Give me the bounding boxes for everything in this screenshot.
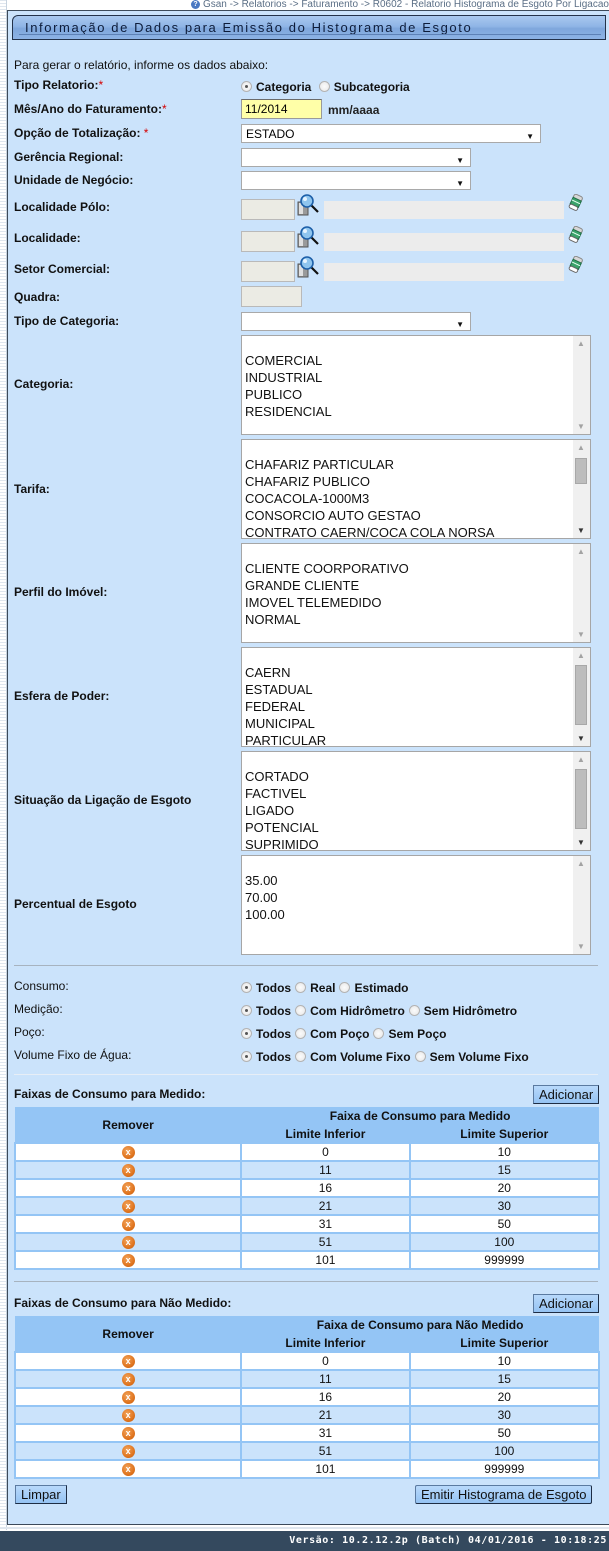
radio-button[interactable] <box>295 1028 306 1039</box>
localidade-label: Localidade: <box>14 231 81 245</box>
limite-superior-cell: 20 <box>410 1388 599 1406</box>
header-remover: Remover <box>15 1107 241 1143</box>
scrollbar[interactable]: ▲▼ <box>573 648 590 746</box>
help-icon[interactable]: ? <box>191 0 200 9</box>
header-limite-superior: Limite Superior <box>410 1334 599 1352</box>
chevron-down-icon: ▼ <box>456 153 464 169</box>
limite-inferior-cell: 0 <box>241 1352 409 1370</box>
localidade-polo-label: Localidade Pólo: <box>14 200 110 214</box>
listbox-option[interactable]: MUNICIPAL <box>245 715 326 732</box>
remove-cell: x <box>15 1179 241 1197</box>
magnifier-icon[interactable] <box>297 256 321 278</box>
limite-inferior-cell: 11 <box>241 1370 409 1388</box>
table-row: x1115 <box>15 1370 599 1388</box>
faixas-medido-table: RemoverFaixa de Consumo para MedidoLimit… <box>14 1107 600 1270</box>
table-row: x010 <box>15 1352 599 1370</box>
header-limite-inferior: Limite Inferior <box>241 1334 409 1352</box>
page-title: Informação de Dados para Emissão do Hist… <box>12 15 606 40</box>
limite-inferior-cell: 16 <box>241 1179 409 1197</box>
adicionar-medido-button[interactable]: Adicionar <box>533 1085 599 1104</box>
listbox-option[interactable]: COMERCIAL <box>245 352 332 369</box>
limpar-button[interactable]: Limpar <box>15 1485 67 1504</box>
limite-superior-cell: 50 <box>410 1215 599 1233</box>
limite-inferior-cell: 101 <box>241 1251 409 1269</box>
faixas-nao-medido-label: Faixas de Consumo para Não Medido: <box>14 1296 231 1310</box>
unidade-negocio-select[interactable]: ▼ <box>241 171 471 190</box>
radio-option[interactable]: Real <box>295 981 335 995</box>
listbox-option[interactable]: PUBLICO <box>245 386 332 403</box>
limite-superior-cell: 30 <box>410 1197 599 1215</box>
radio-option[interactable]: Todos <box>241 1027 291 1041</box>
limite-inferior-cell: 101 <box>241 1460 409 1478</box>
tarifa-label: Tarifa: <box>14 482 50 496</box>
listbox-option[interactable]: GRANDE CLIENTE <box>245 577 409 594</box>
table-row: x1115 <box>15 1161 599 1179</box>
limite-inferior-cell: 51 <box>241 1442 409 1460</box>
radio-option[interactable]: Todos <box>241 981 291 995</box>
footer-divider <box>0 1527 609 1529</box>
radio-option[interactable]: Com Hidrômetro <box>295 1004 405 1018</box>
scroll-down-icon[interactable]: ▼ <box>577 630 585 639</box>
listbox-option[interactable]: CAERN <box>245 664 326 681</box>
form-panel: Informação de Dados para Emissão do Hist… <box>7 10 609 1525</box>
mes-ano-hint: mm/aaaa <box>328 103 379 117</box>
chevron-down-icon: ▼ <box>456 317 464 333</box>
table-row: x101999999 <box>15 1251 599 1269</box>
limite-inferior-cell: 16 <box>241 1388 409 1406</box>
radio-option[interactable]: Sem Hidrômetro <box>409 1004 517 1018</box>
listbox-option[interactable]: POTENCIAL <box>245 819 319 836</box>
limite-superior-cell: 20 <box>410 1179 599 1197</box>
tipo-relatorio-radio-group: Categoria Subcategoria <box>241 80 414 94</box>
radio-button[interactable] <box>241 1051 252 1062</box>
remove-cell: x <box>15 1251 241 1269</box>
remove-cell: x <box>15 1406 241 1424</box>
volume-fixo-label: Volume Fixo de Água: <box>14 1048 131 1062</box>
x-circle-icon[interactable]: x <box>122 1164 135 1177</box>
opcao-totalizacao-select[interactable]: ESTADO▼ <box>241 124 541 143</box>
limite-superior-cell: 100 <box>410 1233 599 1251</box>
header-limite-superior: Limite Superior <box>410 1125 599 1143</box>
x-circle-icon[interactable]: x <box>122 1254 135 1267</box>
listbox-option[interactable]: CONSORCIO AUTO GESTAO <box>245 507 494 524</box>
x-circle-icon[interactable]: x <box>122 1391 135 1404</box>
listbox-option[interactable]: CHAFARIZ PARTICULAR <box>245 456 494 473</box>
tipo-relatorio-label: Tipo Relatorio:* <box>14 78 103 92</box>
header-limite-inferior: Limite Inferior <box>241 1125 409 1143</box>
radio-button[interactable] <box>241 1028 252 1039</box>
table-header-row: RemoverFaixa de Consumo para Não Medido <box>15 1316 599 1334</box>
radio-button[interactable] <box>241 1005 252 1016</box>
perfil-imovel-label: Perfil do Imóvel: <box>14 585 107 599</box>
esfera-poder-label: Esfera de Poder: <box>14 689 109 703</box>
scrollbar[interactable]: ▲▼ <box>573 544 590 642</box>
remove-cell: x <box>15 1161 241 1179</box>
listbox-option[interactable]: 35.00 <box>245 872 285 889</box>
listbox-option[interactable]: CLIENTE COORPORATIVO <box>245 560 409 577</box>
x-circle-icon[interactable]: x <box>122 1218 135 1231</box>
scroll-up-icon[interactable]: ▲ <box>577 651 585 660</box>
quadra-input[interactable] <box>241 286 302 307</box>
setor-comercial-label: Setor Comercial: <box>14 262 110 276</box>
x-circle-icon[interactable]: x <box>122 1427 135 1440</box>
breadcrumb-text: Gsan -> Relatorios -> Faturamento -> R06… <box>203 0 609 10</box>
listbox-option[interactable]: INDUSTRIAL <box>245 369 332 386</box>
localidade-description <box>324 233 564 251</box>
listbox-option[interactable]: SUPRIMIDO <box>245 836 319 851</box>
x-circle-icon[interactable]: x <box>122 1200 135 1213</box>
version-footer: Versão: 10.2.12.2p (Batch) 04/01/2016 - … <box>0 1531 609 1551</box>
remove-cell: x <box>15 1370 241 1388</box>
table-row: x51100 <box>15 1233 599 1251</box>
x-circle-icon[interactable]: x <box>122 1182 135 1195</box>
radio-option[interactable]: Sem Poço <box>373 1027 446 1041</box>
perfil-imovel-listbox[interactable]: CLIENTE COORPORATIVOGRANDE CLIENTEIMOVEL… <box>241 543 591 643</box>
scroll-up-icon[interactable]: ▲ <box>577 755 585 764</box>
x-circle-icon[interactable]: x <box>122 1463 135 1476</box>
limite-inferior-cell: 21 <box>241 1197 409 1215</box>
remove-cell: x <box>15 1352 241 1370</box>
limite-inferior-cell: 0 <box>241 1143 409 1161</box>
scrollbar[interactable]: ▲▼ <box>573 856 590 954</box>
radio-button[interactable] <box>339 982 350 993</box>
listbox-option[interactable]: FEDERAL <box>245 698 326 715</box>
limite-superior-cell: 15 <box>410 1161 599 1179</box>
poco-radio-group: TodosCom PoçoSem Poço <box>241 1027 450 1041</box>
categoria-label: Categoria: <box>14 377 73 391</box>
remove-cell: x <box>15 1143 241 1161</box>
listbox-option[interactable]: PARTICULAR <box>245 732 326 747</box>
setor-comercial-code-input[interactable] <box>241 261 295 282</box>
limite-superior-cell: 30 <box>410 1406 599 1424</box>
faixas-nao-medido-table: RemoverFaixa de Consumo para Não MedidoL… <box>14 1316 600 1479</box>
scroll-up-icon[interactable]: ▲ <box>577 547 585 556</box>
localidade-code-input[interactable] <box>241 231 295 252</box>
magnifier-icon[interactable] <box>297 226 321 248</box>
divider <box>14 1281 598 1282</box>
listbox-option[interactable]: FACTIVEL <box>245 785 319 802</box>
faixas-medido-label: Faixas de Consumo para Medido: <box>14 1087 205 1101</box>
medicao-radio-group: TodosCom HidrômetroSem Hidrômetro <box>241 1004 521 1018</box>
eraser-icon[interactable] <box>568 256 584 274</box>
eraser-icon[interactable] <box>568 226 584 244</box>
scroll-down-icon[interactable]: ▼ <box>577 838 585 847</box>
scroll-down-icon[interactable]: ▼ <box>577 526 585 535</box>
limite-superior-cell: 50 <box>410 1424 599 1442</box>
left-frame-stripes <box>0 0 7 1530</box>
poco-label: Poço: <box>14 1025 45 1039</box>
listbox-option[interactable]: IMOVEL TELEMEDIDO <box>245 594 409 611</box>
scroll-up-icon[interactable]: ▲ <box>577 859 585 868</box>
remove-cell: x <box>15 1460 241 1478</box>
localidade-polo-code-input[interactable] <box>241 199 295 220</box>
remove-cell: x <box>15 1233 241 1251</box>
scroll-down-icon[interactable]: ▼ <box>577 734 585 743</box>
listbox-option[interactable]: CONTRATO CAERN/COCA COLA NORSA <box>245 524 494 539</box>
scroll-down-icon[interactable]: ▼ <box>577 422 585 431</box>
scrollbar-thumb[interactable] <box>575 769 587 829</box>
table-row: x3150 <box>15 1424 599 1442</box>
limite-superior-cell: 10 <box>410 1143 599 1161</box>
radio-option[interactable]: Com Poço <box>295 1027 369 1041</box>
scrollbar[interactable]: ▲▼ <box>573 336 590 434</box>
listbox-option[interactable]: RESIDENCIAL <box>245 403 332 420</box>
remove-cell: x <box>15 1442 241 1460</box>
remove-cell: x <box>15 1388 241 1406</box>
radio-option[interactable]: Sem Volume Fixo <box>415 1050 529 1064</box>
emitir-histograma-button[interactable]: Emitir Histograma de Esgoto <box>415 1485 592 1504</box>
radio-option[interactable]: Todos <box>241 1004 291 1018</box>
volume-fixo-radio-group: TodosCom Volume FixoSem Volume Fixo <box>241 1050 533 1064</box>
limite-inferior-cell: 31 <box>241 1215 409 1233</box>
remove-cell: x <box>15 1215 241 1233</box>
categoria-listbox[interactable]: COMERCIALINDUSTRIALPUBLICORESIDENCIAL ▲▼ <box>241 335 591 435</box>
divider <box>14 1074 598 1075</box>
situacao-ligacao-label: Situação da Ligação de Esgoto <box>14 793 191 807</box>
listbox-option[interactable]: NORMAL <box>245 611 409 628</box>
scrollbar[interactable]: ▲▼ <box>573 440 590 538</box>
intro-text: Para gerar o relatório, informe os dados… <box>14 58 268 72</box>
adicionar-nao-medido-button[interactable]: Adicionar <box>533 1294 599 1313</box>
limite-inferior-cell: 31 <box>241 1424 409 1442</box>
table-header-row: RemoverFaixa de Consumo para Medido <box>15 1107 599 1125</box>
limite-inferior-cell: 21 <box>241 1406 409 1424</box>
magnifier-icon[interactable] <box>297 194 321 216</box>
radio-button[interactable] <box>415 1051 426 1062</box>
consumo-label: Consumo: <box>14 979 69 993</box>
medicao-label: Medição: <box>14 1002 63 1016</box>
quadra-label: Quadra: <box>14 290 60 304</box>
localidade-polo-description <box>324 201 564 219</box>
chevron-down-icon: ▼ <box>526 129 534 145</box>
x-circle-icon[interactable]: x <box>122 1355 135 1368</box>
consumo-radio-group: TodosRealEstimado <box>241 981 412 995</box>
table-row: x101999999 <box>15 1460 599 1478</box>
situacao-ligacao-listbox[interactable]: CORTADOFACTIVELLIGADOPOTENCIALSUPRIMIDO … <box>241 751 591 851</box>
x-circle-icon[interactable]: x <box>122 1445 135 1458</box>
listbox-option[interactable]: CORTADO <box>245 768 319 785</box>
scrollbar-thumb[interactable] <box>575 665 587 725</box>
radio-subcategoria[interactable]: Subcategoria <box>319 80 410 94</box>
remove-cell: x <box>15 1424 241 1442</box>
table-row: x2130 <box>15 1197 599 1215</box>
limite-inferior-cell: 11 <box>241 1161 409 1179</box>
setor-comercial-description <box>324 263 564 281</box>
radio-option[interactable]: Todos <box>241 1050 291 1064</box>
listbox-option[interactable]: 70.00 <box>245 889 285 906</box>
listbox-option[interactable]: CHAFARIZ PUBLICO <box>245 473 494 490</box>
limite-inferior-cell: 51 <box>241 1233 409 1251</box>
mes-ano-label: Mês/Ano do Faturamento:* <box>14 102 167 116</box>
tarifa-listbox[interactable]: CHAFARIZ PARTICULARCHAFARIZ PUBLICOCOCAC… <box>241 439 591 539</box>
limite-superior-cell: 100 <box>410 1442 599 1460</box>
opcao-totalizacao-label: Opção de Totalização: * <box>14 126 148 140</box>
header-faixa: Faixa de Consumo para Não Medido <box>241 1316 599 1334</box>
table-row: x3150 <box>15 1215 599 1233</box>
tipo-categoria-label: Tipo de Categoria: <box>14 314 119 328</box>
scrollbar[interactable]: ▲▼ <box>573 752 590 850</box>
header-remover: Remover <box>15 1316 241 1352</box>
gerencia-regional-select[interactable]: ▼ <box>241 148 471 167</box>
x-circle-icon[interactable]: x <box>122 1373 135 1386</box>
scroll-up-icon[interactable]: ▲ <box>577 339 585 348</box>
esfera-poder-listbox[interactable]: CAERNESTADUALFEDERALMUNICIPALPARTICULAR … <box>241 647 591 747</box>
header-faixa: Faixa de Consumo para Medido <box>241 1107 599 1125</box>
table-row: x2130 <box>15 1406 599 1424</box>
radio-button[interactable] <box>241 982 252 993</box>
limite-superior-cell: 999999 <box>410 1460 599 1478</box>
table-row: x51100 <box>15 1442 599 1460</box>
mes-ano-input[interactable] <box>241 99 322 119</box>
table-row: x010 <box>15 1143 599 1161</box>
x-circle-icon[interactable]: x <box>122 1146 135 1159</box>
divider <box>14 965 598 966</box>
radio-categoria[interactable]: Categoria <box>241 80 311 94</box>
scroll-down-icon[interactable]: ▼ <box>577 942 585 951</box>
gerencia-regional-label: Gerência Regional: <box>14 150 123 164</box>
limite-superior-cell: 15 <box>410 1370 599 1388</box>
unidade-negocio-label: Unidade de Negócio: <box>14 173 133 187</box>
limite-superior-cell: 999999 <box>410 1251 599 1269</box>
table-row: x1620 <box>15 1179 599 1197</box>
table-row: x1620 <box>15 1388 599 1406</box>
chevron-down-icon: ▼ <box>456 176 464 192</box>
radio-button[interactable] <box>409 1005 420 1016</box>
radio-button[interactable] <box>295 1005 306 1016</box>
radio-button[interactable] <box>295 1051 306 1062</box>
listbox-option[interactable]: COCACOLA-1000M3 <box>245 490 494 507</box>
radio-button[interactable] <box>373 1028 384 1039</box>
x-circle-icon[interactable]: x <box>122 1409 135 1422</box>
listbox-option[interactable]: 100.00 <box>245 906 285 923</box>
percentual-esgoto-label: Percentual de Esgoto <box>14 897 137 911</box>
radio-option[interactable]: Estimado <box>339 981 408 995</box>
eraser-icon[interactable] <box>568 194 584 212</box>
scrollbar-thumb[interactable] <box>575 458 587 484</box>
percentual-esgoto-listbox[interactable]: 35.0070.00100.00 ▲▼ <box>241 855 591 955</box>
limite-superior-cell: 10 <box>410 1352 599 1370</box>
x-circle-icon[interactable]: x <box>122 1236 135 1249</box>
remove-cell: x <box>15 1197 241 1215</box>
radio-option[interactable]: Com Volume Fixo <box>295 1050 410 1064</box>
listbox-option[interactable]: LIGADO <box>245 802 319 819</box>
listbox-option[interactable]: ESTADUAL <box>245 681 326 698</box>
scroll-up-icon[interactable]: ▲ <box>577 443 585 452</box>
breadcrumb: ?Gsan -> Relatorios -> Faturamento -> R0… <box>191 0 609 10</box>
tipo-categoria-select[interactable]: ▼ <box>241 312 471 331</box>
radio-button[interactable] <box>295 982 306 993</box>
